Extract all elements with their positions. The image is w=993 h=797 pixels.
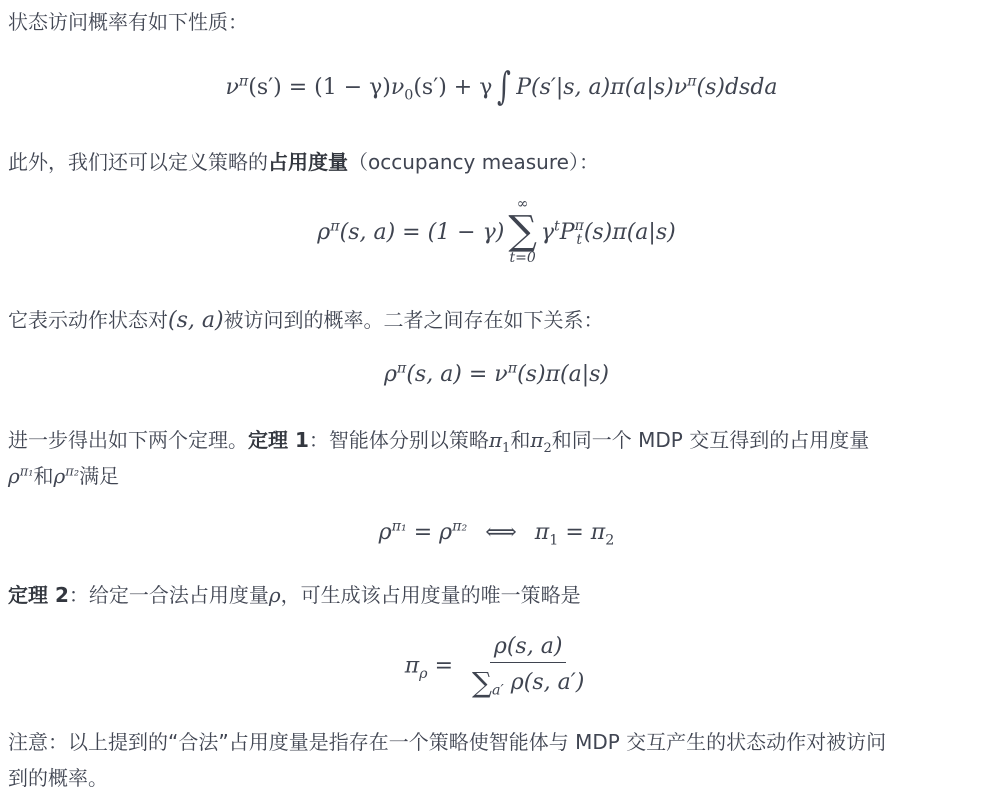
equation-theorem-1: ρπ₁ = ρπ₂⟺π1 = π2 (0, 520, 993, 545)
equation-occupancy-relation: ρπ(s, a) = νπ(s)π(a|s) (0, 362, 993, 387)
paragraph-occupancy-definition: 此外，我们还可以定义策略的占用度量（occupancy measure）： (8, 144, 599, 180)
integral-sign: ∫ (497, 64, 511, 108)
equation-occupancy-measure: ρπ(s, a) = (1 − γ)∞∑t=0γtPπt(s)π(a|s) (0, 198, 993, 268)
paragraph-theorem-1-line2: ρπ₁和ρπ₂满足 (8, 458, 119, 494)
paragraph-note-line2: 到的概率。 (8, 760, 108, 796)
fraction: ρ(s, a) ∑a′ ρ(s, a′) (468, 634, 588, 699)
paragraph-theorem-1: 进一步得出如下两个定理。定理 1：智能体分别以策略π1和π2和同一个 MDP 交… (8, 422, 869, 458)
iff-arrow-icon: ⟺ (485, 520, 517, 545)
term-occupancy-measure: 占用度量 (268, 150, 348, 174)
paragraph-state-visit-property: 状态访问概率有如下性质： (8, 4, 248, 40)
theorem-2-label: 定理 2 (8, 583, 69, 607)
text: 状态访问概率有如下性质： (8, 10, 248, 34)
theorem-1-label: 定理 1 (248, 428, 309, 452)
paragraph-theorem-2: 定理 2：给定一合法占用度量ρ，可生成该占用度量的唯一策略是 (8, 577, 581, 613)
paragraph-note: 注意：以上提到的“合法”占用度量是指存在一个策略使智能体与 MDP 交互产生的状… (8, 724, 886, 760)
summation-sign: ∞∑t=0 (508, 196, 537, 266)
paragraph-state-action-pair: 它表示动作状态对(s, a)被访问到的概率。二者之间存在如下关系： (8, 302, 604, 339)
equation-theorem-2: πρ = ρ(s, a) ∑a′ ρ(s, a′) (0, 634, 993, 699)
equation-state-visitation: νπ(s′) = (1 − γ)ν0(s′) + γ∫P(s′|s, a)π(a… (5, 66, 993, 110)
